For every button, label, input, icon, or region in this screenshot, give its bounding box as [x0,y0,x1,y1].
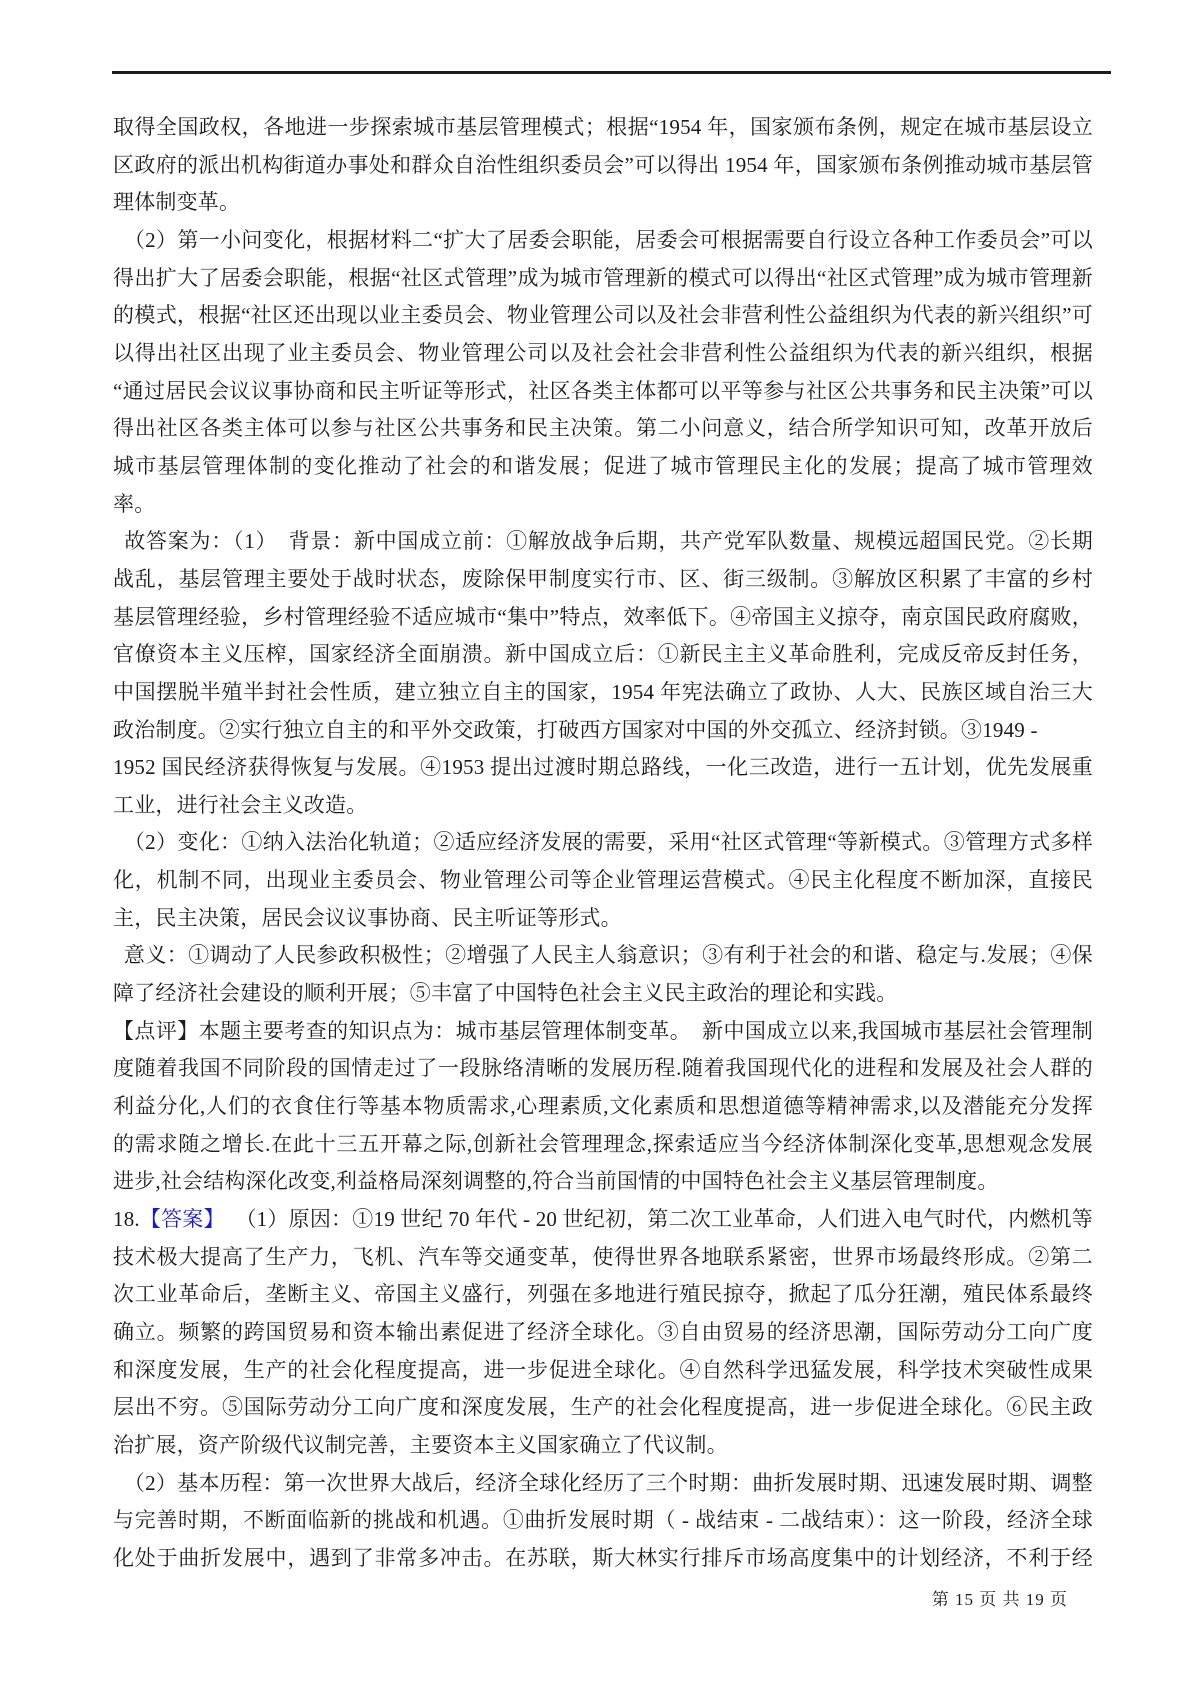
text-segment: “通过居民会议议事协商和民主听证等形式，社区各类主体都可以平等参与社区公共事务和… [113,379,1093,403]
text-segment: 区政府的派出机构街道办事处和群众自治性组织委员会”可以得出 1954 年，国家颁… [113,153,1093,177]
header-rule [112,71,1111,74]
text-segment: 率。 [113,492,155,516]
text-segment: 技术极大提高了生产力，飞机、汽车等交通变革，使得世界各地联系紧密，世界市场最终形… [113,1245,1093,1269]
answer-line-18: 18.【答案】 （1）原因：①19 世纪 70 年代 - 20 世纪初，第二次工… [113,1201,1093,1239]
text-line: 技术极大提高了生产力，飞机、汽车等交通变革，使得世界各地联系紧密，世界市场最终形… [113,1239,1093,1277]
text-line: 1952 国民经济获得恢复与发展。④1953 提出过渡时期总路线，一化三改造，进… [113,749,1093,787]
text-line: 次工业革命后，垄断主义、帝国主义盛行，列强在多地进行殖民掠夺，掀起了瓜分狂潮，殖… [113,1276,1093,1314]
text-line: 故答案为：（1） 背景：新中国成立前：①解放战争后期，共产党军队数量、规模远超国… [113,523,1093,561]
text-segment: 以得出社区出现了业主委员会、物业管理公司以及社会社会非营利性公益组织为代表的新兴… [113,341,1093,365]
text-line: 化处于曲折发展中，遇到了非常多冲击。在苏联，斯大林实行排斥市场高度集中的计划经济… [113,1540,1093,1578]
text-segment: 取得全国政权，各地进一步探索城市基层管理模式；根据“1954 年，国家颁布条例，… [113,115,1093,139]
text-segment: （2）基本历程：第一次世界大战后，经济全球化经历了三个时期：曲折发展时期、迅速发… [113,1471,1093,1495]
text-line: 中国摆脱半殖半封社会性质，建立独立自主的国家，1954 年宪法确立了政协、人大、… [113,674,1093,712]
text-line: （2）第一小问变化，根据材料二“扩大了居委会职能，居委会可根据需要自行设立各种工… [113,222,1093,260]
text-line: 度随着我国不同阶段的国情走过了一段脉络清晰的发展历程.随着我国现代化的进程和发展… [113,1050,1093,1088]
text-line: 工业，进行社会主义改造。 [113,787,1093,825]
text-segment: 的需求随之增长.在此十三五开幕之际,创新社会管理理念,探索适应当今经济体制深化变… [113,1132,1093,1156]
text-segment: 的模式，根据“社区还出现以业主委员会、物业管理公司以及社会非营利性公益组织为代表… [113,303,1093,327]
text-segment: 确立。频繁的跨国贸易和资本输出素促进了经济全球化。③自由贸易的经济思潮，国际劳动… [113,1320,1093,1344]
text-line: 利益分化,人们的衣食住行等基本物质需求,心理素质,文化素质和思想道德等精神需求,… [113,1088,1093,1126]
text-segment: 得出扩大了居委会职能，根据“社区式管理”成为城市管理新的模式可以得出“社区式管理… [113,266,1093,290]
text-line: 以得出社区出现了业主委员会、物业管理公司以及社会社会非营利性公益组织为代表的新兴… [113,335,1093,373]
text-segment: 理体制变革。 [113,190,240,214]
text-segment: （2）变化：①纳入法治化轨道；②适应经济发展的需要，采用“社区式管理“等新模式。… [113,830,1093,854]
text-segment: （2）第一小问变化，根据材料二“扩大了居委会职能，居委会可根据需要自行设立各种工… [113,228,1093,252]
text-segment: 进步,社会结构深化改变,利益格局深刻调整的,符合当前国情的中国特色社会主义基层管… [113,1169,999,1193]
answer-label: 【答案】 [140,1207,225,1231]
document-body: 取得全国政权，各地进一步探索城市基层管理模式；根据“1954 年，国家颁布条例，… [113,109,1093,1578]
text-line: 与完善时期，不断面临新的挑战和机遇。①曲折发展时期（ - 战结束 - 二战结束）… [113,1502,1093,1540]
text-line: 障了经济社会建设的顺利开展；⑤丰富了中国特色社会主义民主政治的理论和实践。 [113,975,1093,1013]
text-segment: 利益分化,人们的衣食住行等基本物质需求,心理素质,文化素质和思想道德等精神需求,… [113,1094,1093,1118]
text-segment: 层出不穷。⑤国际劳动分工向广度和深度发展，生产的社会化程度提高，进一步促进全球化… [113,1395,1093,1419]
text-segment: 工业，进行社会主义改造。 [113,793,367,817]
page-footer: 第 15 页 共 19 页 [113,1589,1068,1611]
text-segment: 度随着我国不同阶段的国情走过了一段脉络清晰的发展历程.随着我国现代化的进程和发展… [113,1056,1093,1080]
text-line: 治扩展，资产阶级代议制完善，主要资本主义国家确立了代议制。 [113,1427,1093,1465]
text-line: 理体制变革。 [113,184,1093,222]
text-segment: 政治制度。②实行独立自主的和平外交政策，打破西方国家对中国的外交孤立、经济封锁。… [113,718,1038,742]
text-segment: 战乱，基层管理主要处于战时状态，废除保甲制度实行市、区、街三级制。③解放区积累了… [113,567,1093,591]
text-line: “通过居民会议议事协商和民主听证等形式，社区各类主体都可以平等参与社区公共事务和… [113,373,1093,411]
text-segment: 化，机制不同，出现业主委员会、物业管理公司等企业管理运营模式。④民主化程度不断加… [113,868,1093,892]
text-segment: 城市基层管理体制的变化推动了社会的和谐发展；促进了城市管理民主化的发展；提高了城… [113,454,1093,478]
text-segment: 18. [113,1207,140,1231]
text-segment: 官僚资本主义压榨，国家经济全面崩溃。新中国成立后：①新民主主义革命胜利，完成反帝… [113,642,1093,666]
text-segment: 化处于曲折发展中，遇到了非常多冲击。在苏联，斯大林实行排斥市场高度集中的计划经济… [113,1546,1093,1570]
text-segment: 障了经济社会建设的顺利开展；⑤丰富了中国特色社会主义民主政治的理论和实践。 [113,981,897,1005]
text-segment: 中国摆脱半殖半封社会性质，建立独立自主的国家，1954 年宪法确立了政协、人大、… [113,680,1093,704]
text-line: 取得全国政权，各地进一步探索城市基层管理模式；根据“1954 年，国家颁布条例，… [113,109,1093,147]
text-line: 战乱，基层管理主要处于战时状态，废除保甲制度实行市、区、街三级制。③解放区积累了… [113,561,1093,599]
text-line: 【点评】本题主要考查的知识点为：城市基层管理体制变革。 新中国成立以来,我国城市… [113,1013,1093,1051]
text-line: 的需求随之增长.在此十三五开幕之际,创新社会管理理念,探索适应当今经济体制深化变… [113,1126,1093,1164]
text-line: 主，民主决策，居民会议议事协商、民主听证等形式。 [113,900,1093,938]
document-page: 取得全国政权，各地进一步探索城市基层管理模式；根据“1954 年，国家颁布条例，… [0,0,1200,1698]
text-line: 区政府的派出机构街道办事处和群众自治性组织委员会”可以得出 1954 年，国家颁… [113,147,1093,185]
text-line: 率。 [113,486,1093,524]
text-segment: 与完善时期，不断面临新的挑战和机遇。①曲折发展时期（ - 战结束 - 二战结束）… [113,1508,1093,1532]
text-segment: 得出社区各类主体可以参与社区公共事务和民主决策。第二小问意义，结合所学知识可知，… [113,416,1093,440]
text-line: 得出社区各类主体可以参与社区公共事务和民主决策。第二小问意义，结合所学知识可知，… [113,410,1093,448]
text-line: 的模式，根据“社区还出现以业主委员会、物业管理公司以及社会非营利性公益组织为代表… [113,297,1093,335]
text-segment: 故答案为：（1） 背景：新中国成立前：①解放战争后期，共产党军队数量、规模远超国… [113,529,1093,553]
text-line: （2）变化：①纳入法治化轨道；②适应经济发展的需要，采用“社区式管理“等新模式。… [113,824,1093,862]
text-segment: 基层管理经验，乡村管理经验不适应城市“集中”特点，效率低下。④帝国主义掠夺，南京… [113,605,1093,629]
text-line: 进步,社会结构深化改变,利益格局深刻调整的,符合当前国情的中国特色社会主义基层管… [113,1163,1093,1201]
text-line: 基层管理经验，乡村管理经验不适应城市“集中”特点，效率低下。④帝国主义掠夺，南京… [113,599,1093,637]
text-segment: 意义：①调动了人民参政积极性；②增强了人民主人翁意识；③有利于社会的和谐、稳定与… [113,943,1093,967]
text-line: 和深度发展，生产的社会化程度提高，进一步促进全球化。④自然科学迅猛发展，科学技术… [113,1352,1093,1390]
text-line: 得出扩大了居委会职能，根据“社区式管理”成为城市管理新的模式可以得出“社区式管理… [113,260,1093,298]
text-segment: 主，民主决策，居民会议议事协商、民主听证等形式。 [113,906,622,930]
text-segment: 1952 国民经济获得恢复与发展。④1953 提出过渡时期总路线，一化三改造，进… [113,755,1093,779]
text-line: 确立。频繁的跨国贸易和资本输出素促进了经济全球化。③自由贸易的经济思潮，国际劳动… [113,1314,1093,1352]
text-line: 官僚资本主义压榨，国家经济全面崩溃。新中国成立后：①新民主主义革命胜利，完成反帝… [113,636,1093,674]
text-segment: 次工业革命后，垄断主义、帝国主义盛行，列强在多地进行殖民掠夺，掀起了瓜分狂潮，殖… [113,1282,1093,1306]
text-segment: （1）原因：①19 世纪 70 年代 - 20 世纪初，第二次工业革命，人们进入… [225,1207,1093,1231]
text-line: 政治制度。②实行独立自主的和平外交政策，打破西方国家对中国的外交孤立、经济封锁。… [113,712,1093,750]
text-line: 化，机制不同，出现业主委员会、物业管理公司等企业管理运营模式。④民主化程度不断加… [113,862,1093,900]
text-line: （2）基本历程：第一次世界大战后，经济全球化经历了三个时期：曲折发展时期、迅速发… [113,1465,1093,1503]
text-segment: 【点评】本题主要考查的知识点为：城市基层管理体制变革。 新中国成立以来,我国城市… [113,1019,1093,1043]
text-line: 层出不穷。⑤国际劳动分工向广度和深度发展，生产的社会化程度提高，进一步促进全球化… [113,1389,1093,1427]
text-segment: 和深度发展，生产的社会化程度提高，进一步促进全球化。④自然科学迅猛发展，科学技术… [113,1358,1093,1382]
text-line: 城市基层管理体制的变化推动了社会的和谐发展；促进了城市管理民主化的发展；提高了城… [113,448,1093,486]
text-line: 意义：①调动了人民参政积极性；②增强了人民主人翁意识；③有利于社会的和谐、稳定与… [113,937,1093,975]
text-segment: 治扩展，资产阶级代议制完善，主要资本主义国家确立了代议制。 [113,1433,728,1457]
